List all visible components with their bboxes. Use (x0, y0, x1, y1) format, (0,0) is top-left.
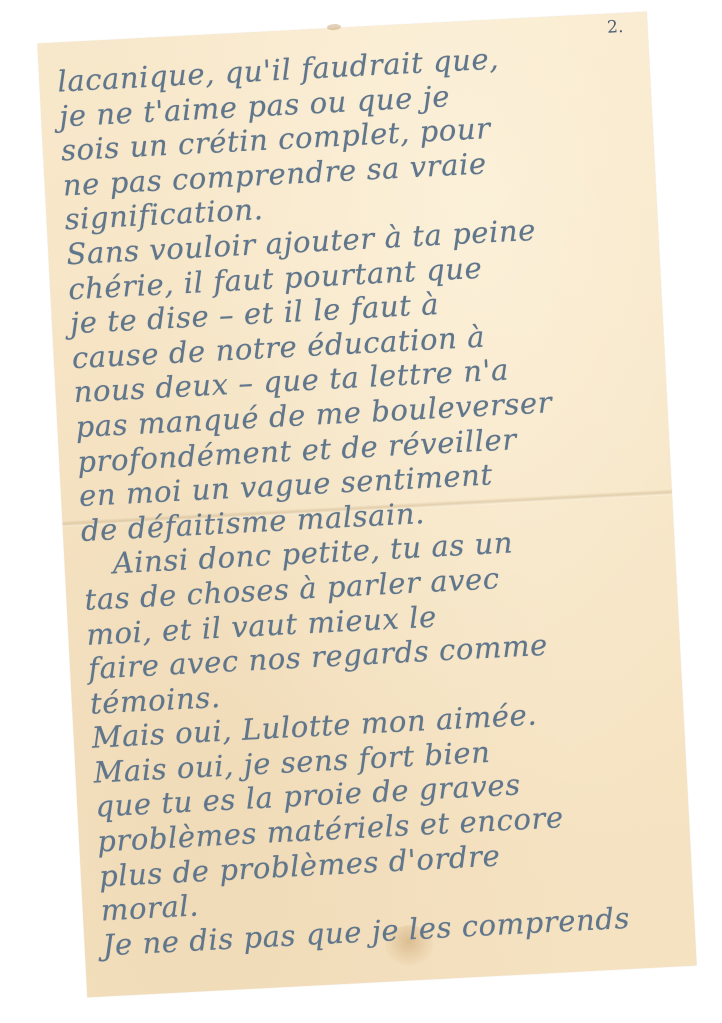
scan-background: 2. lacanique, qu'il faudrait que, je ne … (0, 0, 722, 1023)
paper-stain-top (327, 24, 341, 31)
handwritten-text: lacanique, qu'il faudrait que, je ne t'a… (57, 34, 685, 963)
letter-page: 2. lacanique, qu'il faudrait que, je ne … (37, 12, 696, 998)
